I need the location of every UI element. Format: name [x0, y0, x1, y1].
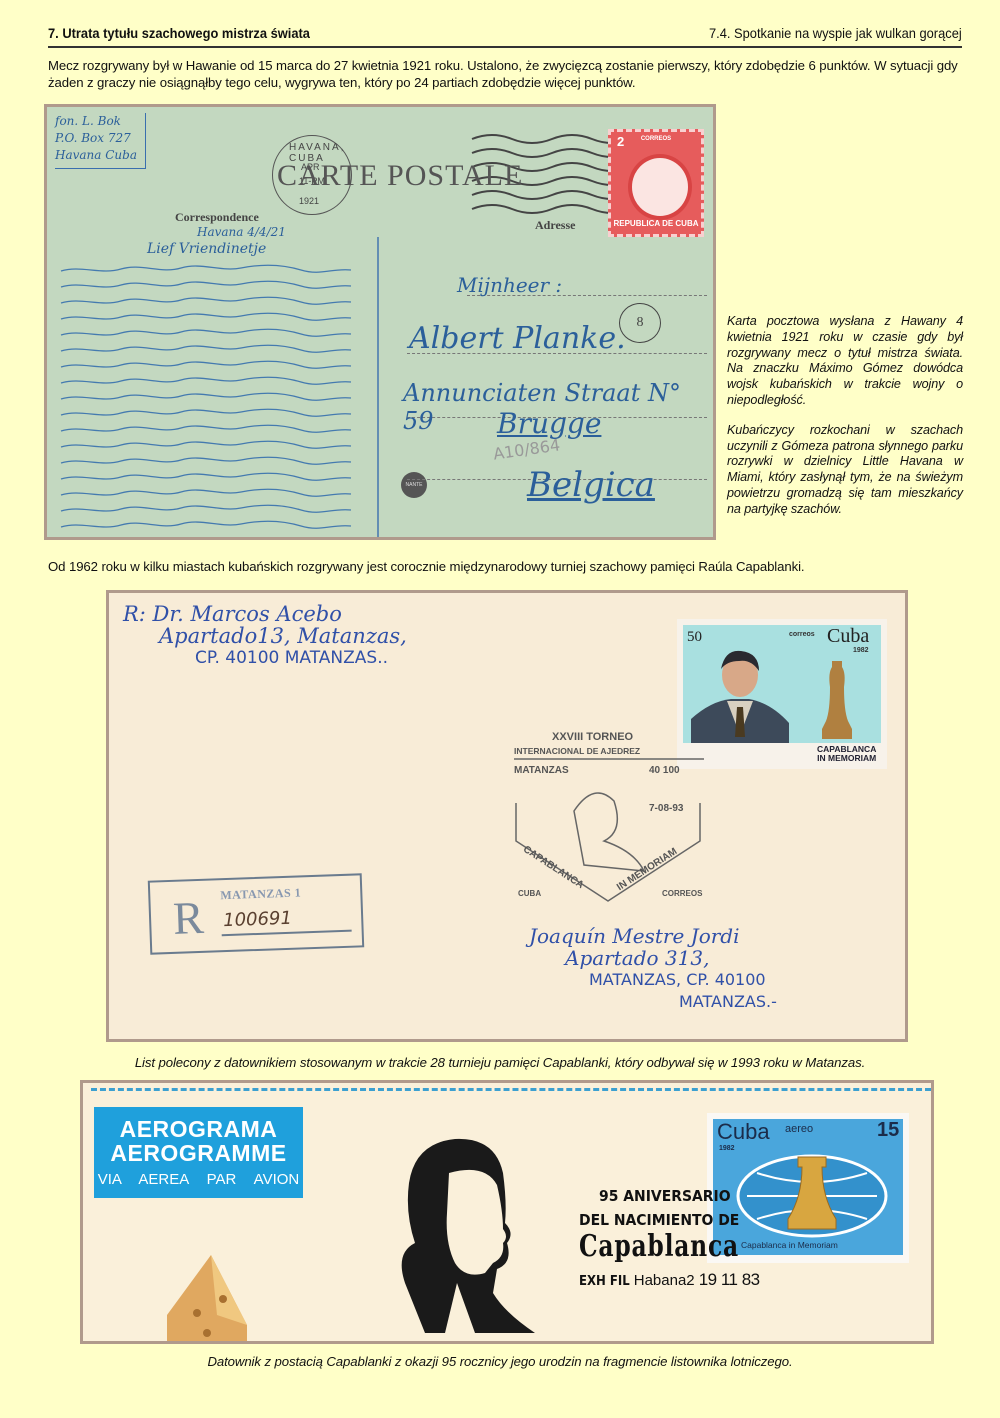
carte-postale-title: CARTE POSTALE — [277, 159, 523, 193]
capablanca-portrait — [691, 649, 789, 743]
correspondence-label: Correspondence — [175, 210, 259, 225]
chapter-title: 7. Utrata tytułu szachowego mistrza świa… — [48, 25, 310, 41]
tournament-paragraph: Od 1962 roku w kilku miastach kubańskich… — [48, 558, 968, 575]
postcard-image: fon. L. Bok P.O. Box 727 Havana Cuba HAV… — [44, 104, 716, 540]
registered-envelope-image: R: Dr. Marcos Acebo Apartado13, Matanzas… — [106, 590, 908, 1042]
recipient-line-1: Mijnheer : — [457, 273, 562, 297]
aerogram-airmail-label: AEROGRAMA AEROGRAMME VIA AEREA PAR AVION — [94, 1107, 303, 1198]
page-header: 7. Utrata tytułu szachowego mistrza świa… — [48, 22, 962, 48]
gomez-portrait — [628, 154, 692, 220]
registration-label: R MATANZAS 1 100691 — [148, 873, 364, 954]
postcard-sender: fon. L. Bok P.O. Box 727 Havana Cuba — [55, 113, 146, 169]
anniversary-cancel-text: 95 ANIVERSARIO DEL NACIMIENTO DE Capabla… — [579, 1187, 784, 1290]
capablanca-profile-cancel — [385, 1133, 535, 1338]
tournament-postmark: XXVIII TORNEO INTERNACIONAL DE AJEDREZ M… — [514, 731, 714, 906]
envelope-caption: List polecony z datownikiem stosowanym w… — [0, 1054, 1000, 1071]
section-title: 7.4. Spotkanie na wyspie jak wulkan gorą… — [709, 25, 962, 41]
envelope-sender: R: Dr. Marcos Acebo Apartado13, Matanzas… — [123, 603, 407, 669]
recipient-line-4: Brugge — [497, 407, 601, 440]
recipient-line-2: Albert Planke. — [409, 321, 626, 356]
letter-greeting: Lief Vriendinetje — [147, 241, 266, 257]
recipient-line-5: Belgica — [527, 465, 655, 505]
intro-paragraph: Mecz rozgrywany był w Hawanie od 15 marc… — [48, 57, 968, 91]
postcard-description: Karta pocztowa wysłana z Hawany 4 kwietn… — [727, 314, 963, 532]
address-label: Adresse — [535, 218, 575, 233]
postcard-divider — [377, 237, 379, 537]
letter-date: Havana 4/4/21 — [197, 225, 286, 239]
gomez-stamp: 2 CORREOS REPUBLICA DE CUBA — [608, 129, 704, 237]
chess-king-icon — [822, 659, 852, 741]
envelope-recipient: Joaquín Mestre Jordi Apartado 313, MATAN… — [529, 925, 777, 1013]
handwritten-letter-body — [57, 263, 375, 537]
aerogram-caption: Datownik z postacią Capablanki z okazji … — [0, 1353, 1000, 1370]
printer-mark: NANTE — [401, 472, 427, 498]
aerogram-image: AEROGRAMA AEROGRAMME VIA AEREA PAR AVION… — [80, 1080, 934, 1344]
cheese-illustration — [167, 1255, 247, 1341]
